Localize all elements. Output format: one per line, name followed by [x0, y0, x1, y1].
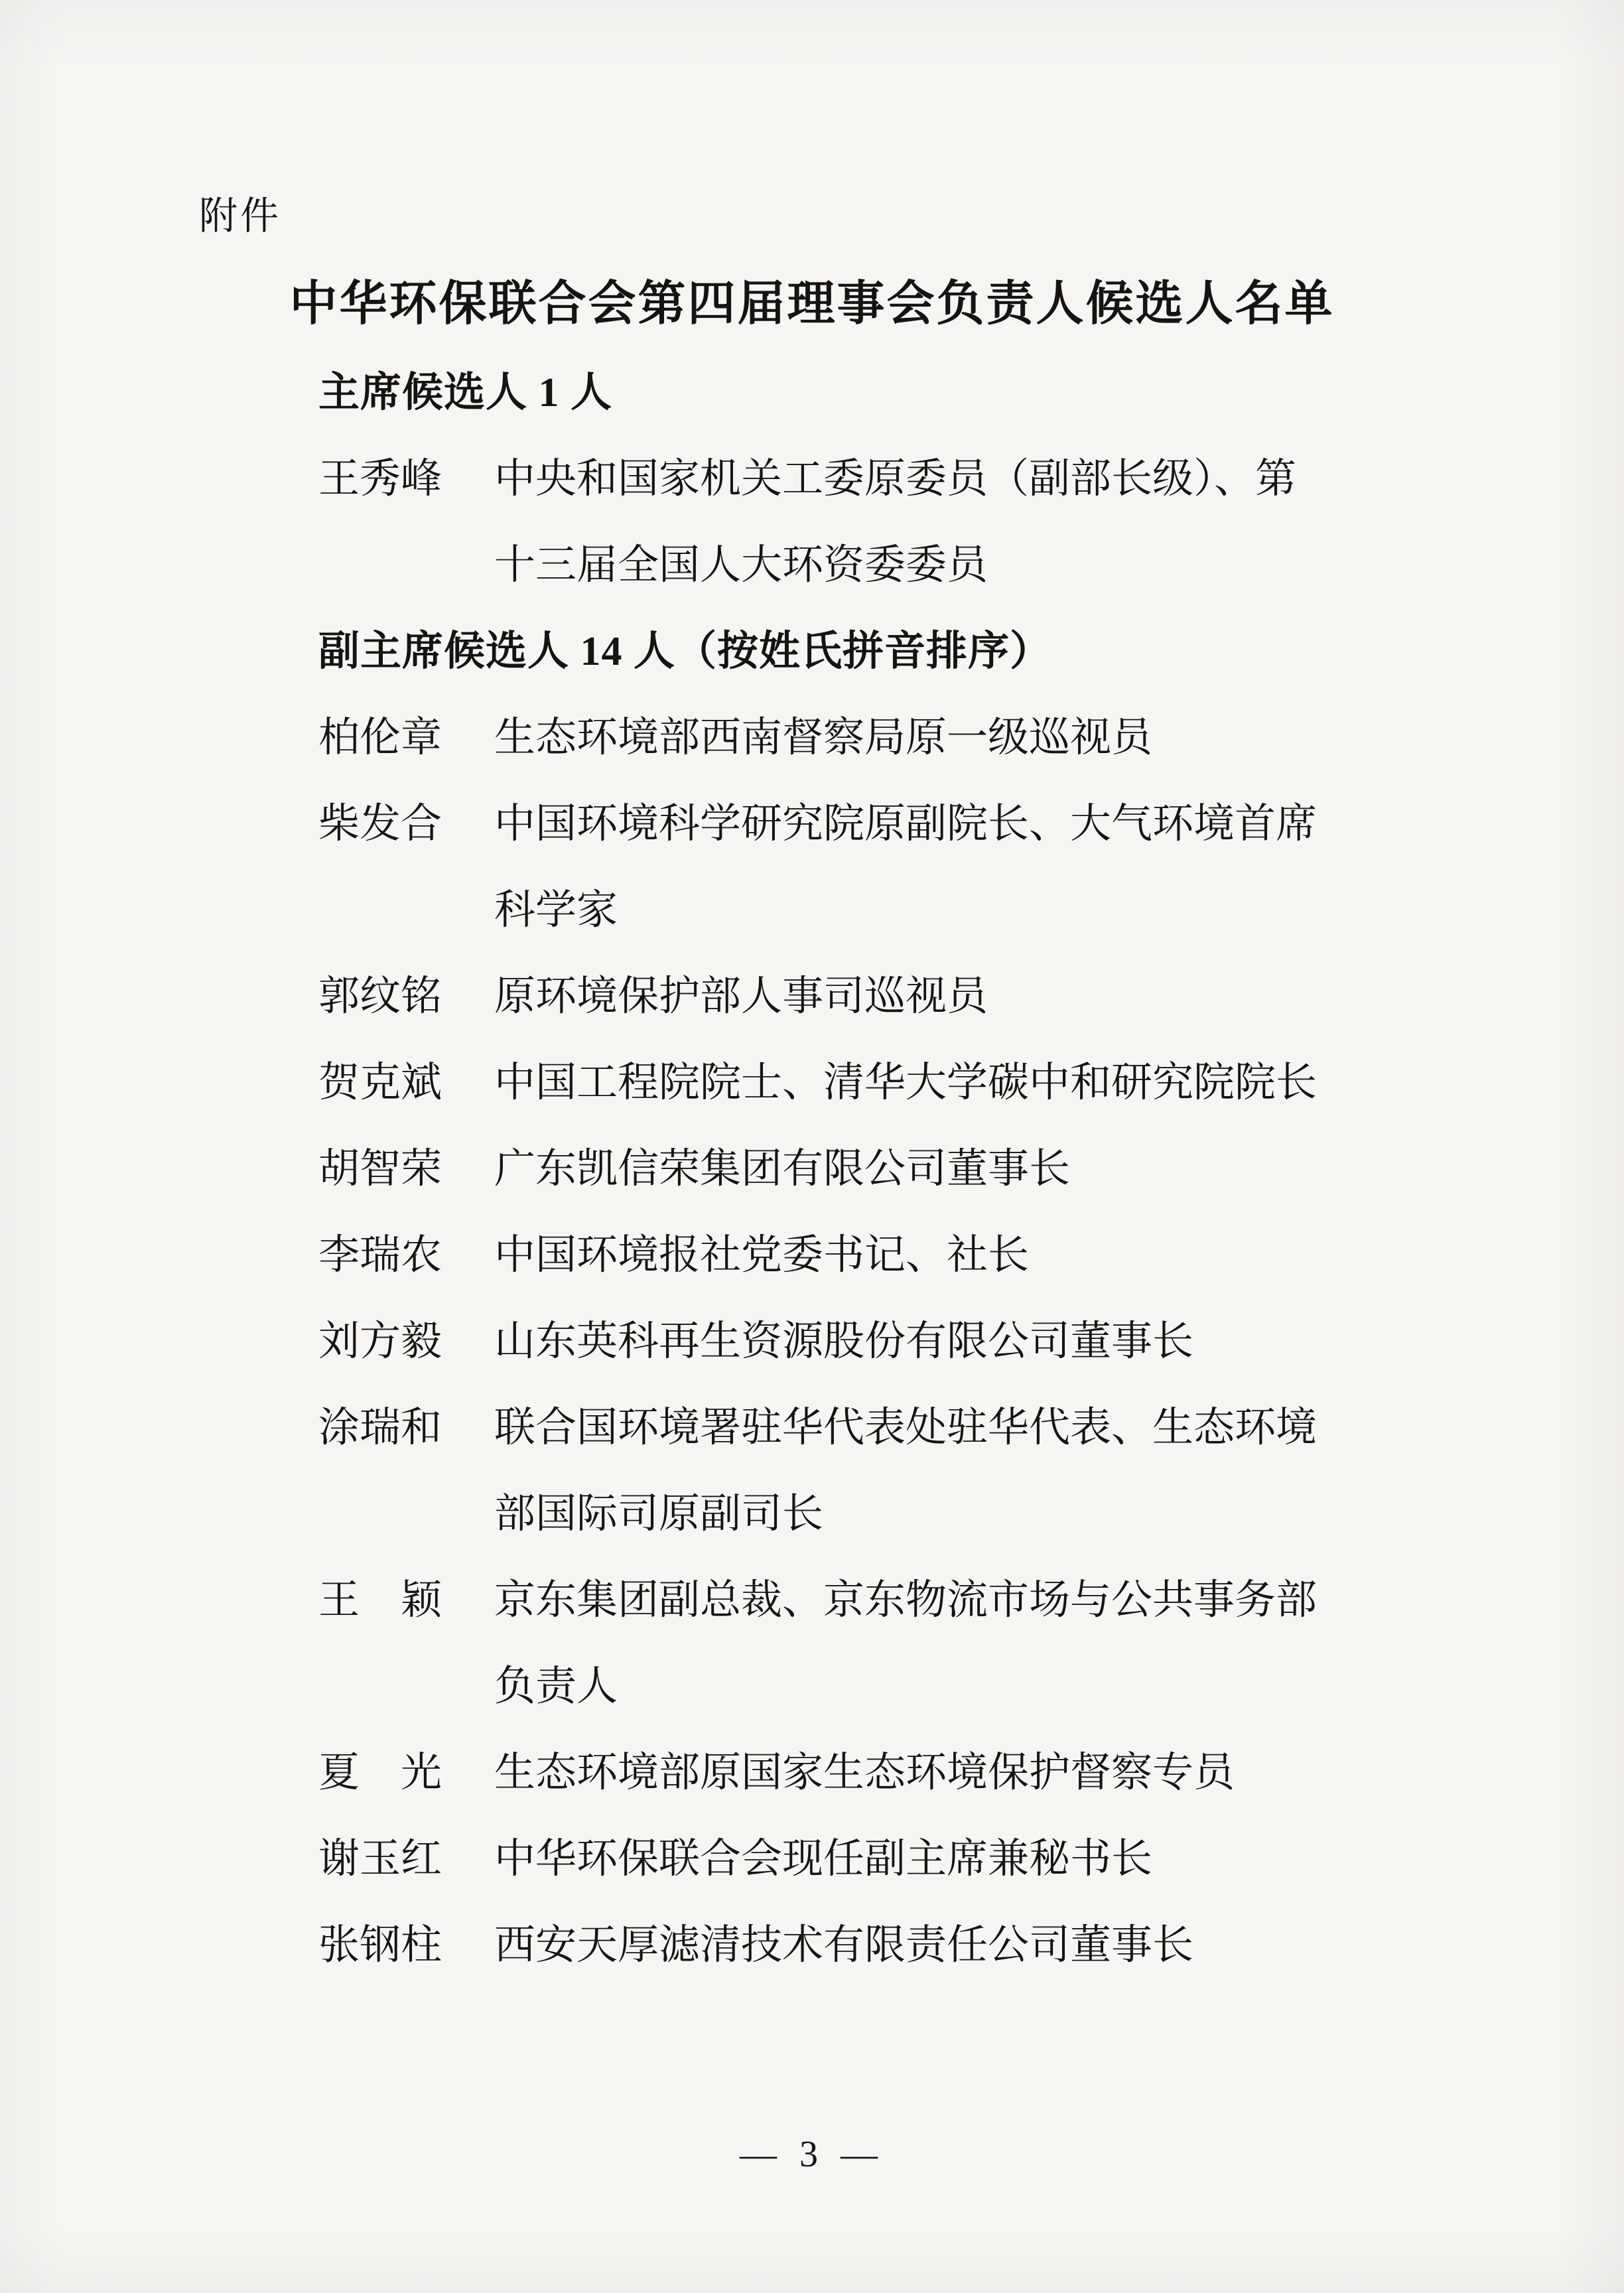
candidate-title-line: 联合国环境署驻华代表处驻华代表、生态环境 — [494, 1385, 1387, 1471]
candidate-name: 柴发合 — [318, 781, 444, 867]
candidate-title-line: 生态环境部西南督察局原一级巡视员 — [494, 695, 1387, 781]
candidate-title: 原环境保护部人事司巡视员 — [494, 953, 1387, 1040]
candidate-name: 谢玉红 — [318, 1816, 444, 1902]
document-title: 中华环保联合会第四届理事会负责人候选人名单 — [0, 272, 1624, 336]
section-heading: 副主席候选人 14 人（按姓氏拼音排序） — [318, 608, 1387, 695]
candidate-title-line: 中国工程院院士、清华大学碳中和研究院院长 — [494, 1040, 1387, 1126]
candidate-title-line: 中国环境科学研究院原副院长、大气环境首席 — [494, 781, 1387, 867]
candidate-name: 贺克斌 — [318, 1040, 444, 1126]
candidate-title: 中央和国家机关工委原委员（副部长级）、第十三届全国人大环资委委员 — [494, 436, 1387, 608]
candidate-list: 主席候选人 1 人王秀峰中央和国家机关工委原委员（副部长级）、第十三届全国人大环… — [318, 350, 1387, 1988]
candidate-row: 涂瑞和联合国环境署驻华代表处驻华代表、生态环境部国际司原副司长 — [318, 1385, 1387, 1557]
candidate-title: 中国工程院院士、清华大学碳中和研究院院长 — [494, 1040, 1387, 1126]
candidate-row: 柴发合中国环境科学研究院原副院长、大气环境首席科学家 — [318, 781, 1387, 953]
candidate-name: 张钢柱 — [318, 1902, 444, 1988]
candidate-name: 李瑞农 — [318, 1212, 444, 1298]
candidate-row: 柏伦章生态环境部西南督察局原一级巡视员 — [318, 695, 1387, 781]
candidate-name: 王秀峰 — [318, 436, 444, 522]
candidate-title: 中国环境科学研究院原副院长、大气环境首席科学家 — [494, 781, 1387, 953]
candidate-row: 贺克斌中国工程院院士、清华大学碳中和研究院院长 — [318, 1040, 1387, 1126]
candidate-name: 刘方毅 — [318, 1298, 444, 1385]
candidate-name: 胡智荣 — [318, 1126, 444, 1212]
candidate-title: 中华环保联合会现任副主席兼秘书长 — [494, 1816, 1387, 1902]
candidate-row: 王秀峰中央和国家机关工委原委员（副部长级）、第十三届全国人大环资委委员 — [318, 436, 1387, 608]
candidate-title-line: 广东凯信荣集团有限公司董事长 — [494, 1126, 1387, 1212]
candidate-title-line: 山东英科再生资源股份有限公司董事长 — [494, 1298, 1387, 1385]
attachment-label: 附件 — [199, 190, 281, 243]
candidate-title: 西安天厚滤清技术有限责任公司董事长 — [494, 1902, 1387, 1988]
candidate-row: 夏 光生态环境部原国家生态环境保护督察专员 — [318, 1730, 1387, 1816]
candidate-title-line: 部国际司原副司长 — [494, 1471, 1387, 1557]
candidate-title-line: 十三届全国人大环资委委员 — [494, 522, 1387, 608]
candidate-row: 郭纹铭原环境保护部人事司巡视员 — [318, 953, 1387, 1040]
page-number: — 3 — — [0, 2111, 1624, 2197]
candidate-title-line: 西安天厚滤清技术有限责任公司董事长 — [494, 1902, 1387, 1988]
candidate-title-line: 生态环境部原国家生态环境保护督察专员 — [494, 1730, 1387, 1816]
candidate-title-line: 京东集团副总裁、京东物流市场与公共事务部 — [494, 1557, 1387, 1643]
candidate-row: 王 颖京东集团副总裁、京东物流市场与公共事务部负责人 — [318, 1557, 1387, 1730]
candidate-title: 山东英科再生资源股份有限公司董事长 — [494, 1298, 1387, 1385]
candidate-title: 生态环境部西南督察局原一级巡视员 — [494, 695, 1387, 781]
candidate-title: 广东凯信荣集团有限公司董事长 — [494, 1126, 1387, 1212]
candidate-name: 柏伦章 — [318, 695, 444, 781]
candidate-row: 李瑞农中国环境报社党委书记、社长 — [318, 1212, 1387, 1298]
candidate-title-line: 中国环境报社党委书记、社长 — [494, 1212, 1387, 1298]
candidate-title-line: 原环境保护部人事司巡视员 — [494, 953, 1387, 1040]
candidate-title-line: 中央和国家机关工委原委员（副部长级）、第 — [494, 436, 1387, 522]
candidate-name: 郭纹铭 — [318, 953, 444, 1040]
section-heading: 主席候选人 1 人 — [318, 350, 1387, 436]
candidate-title-line: 负责人 — [494, 1643, 1387, 1730]
candidate-row: 张钢柱西安天厚滤清技术有限责任公司董事长 — [318, 1902, 1387, 1988]
candidate-row: 刘方毅山东英科再生资源股份有限公司董事长 — [318, 1298, 1387, 1385]
candidate-title: 京东集团副总裁、京东物流市场与公共事务部负责人 — [494, 1557, 1387, 1730]
candidate-row: 胡智荣广东凯信荣集团有限公司董事长 — [318, 1126, 1387, 1212]
candidate-title-line: 科学家 — [494, 867, 1387, 953]
candidate-name: 王 颖 — [318, 1557, 444, 1643]
candidate-title-line: 中华环保联合会现任副主席兼秘书长 — [494, 1816, 1387, 1902]
candidate-row: 谢玉红中华环保联合会现任副主席兼秘书长 — [318, 1816, 1387, 1902]
candidate-name: 夏 光 — [318, 1730, 444, 1816]
candidate-title: 联合国环境署驻华代表处驻华代表、生态环境部国际司原副司长 — [494, 1385, 1387, 1557]
candidate-name: 涂瑞和 — [318, 1385, 444, 1471]
candidate-title: 中国环境报社党委书记、社长 — [494, 1212, 1387, 1298]
candidate-title: 生态环境部原国家生态环境保护督察专员 — [494, 1730, 1387, 1816]
